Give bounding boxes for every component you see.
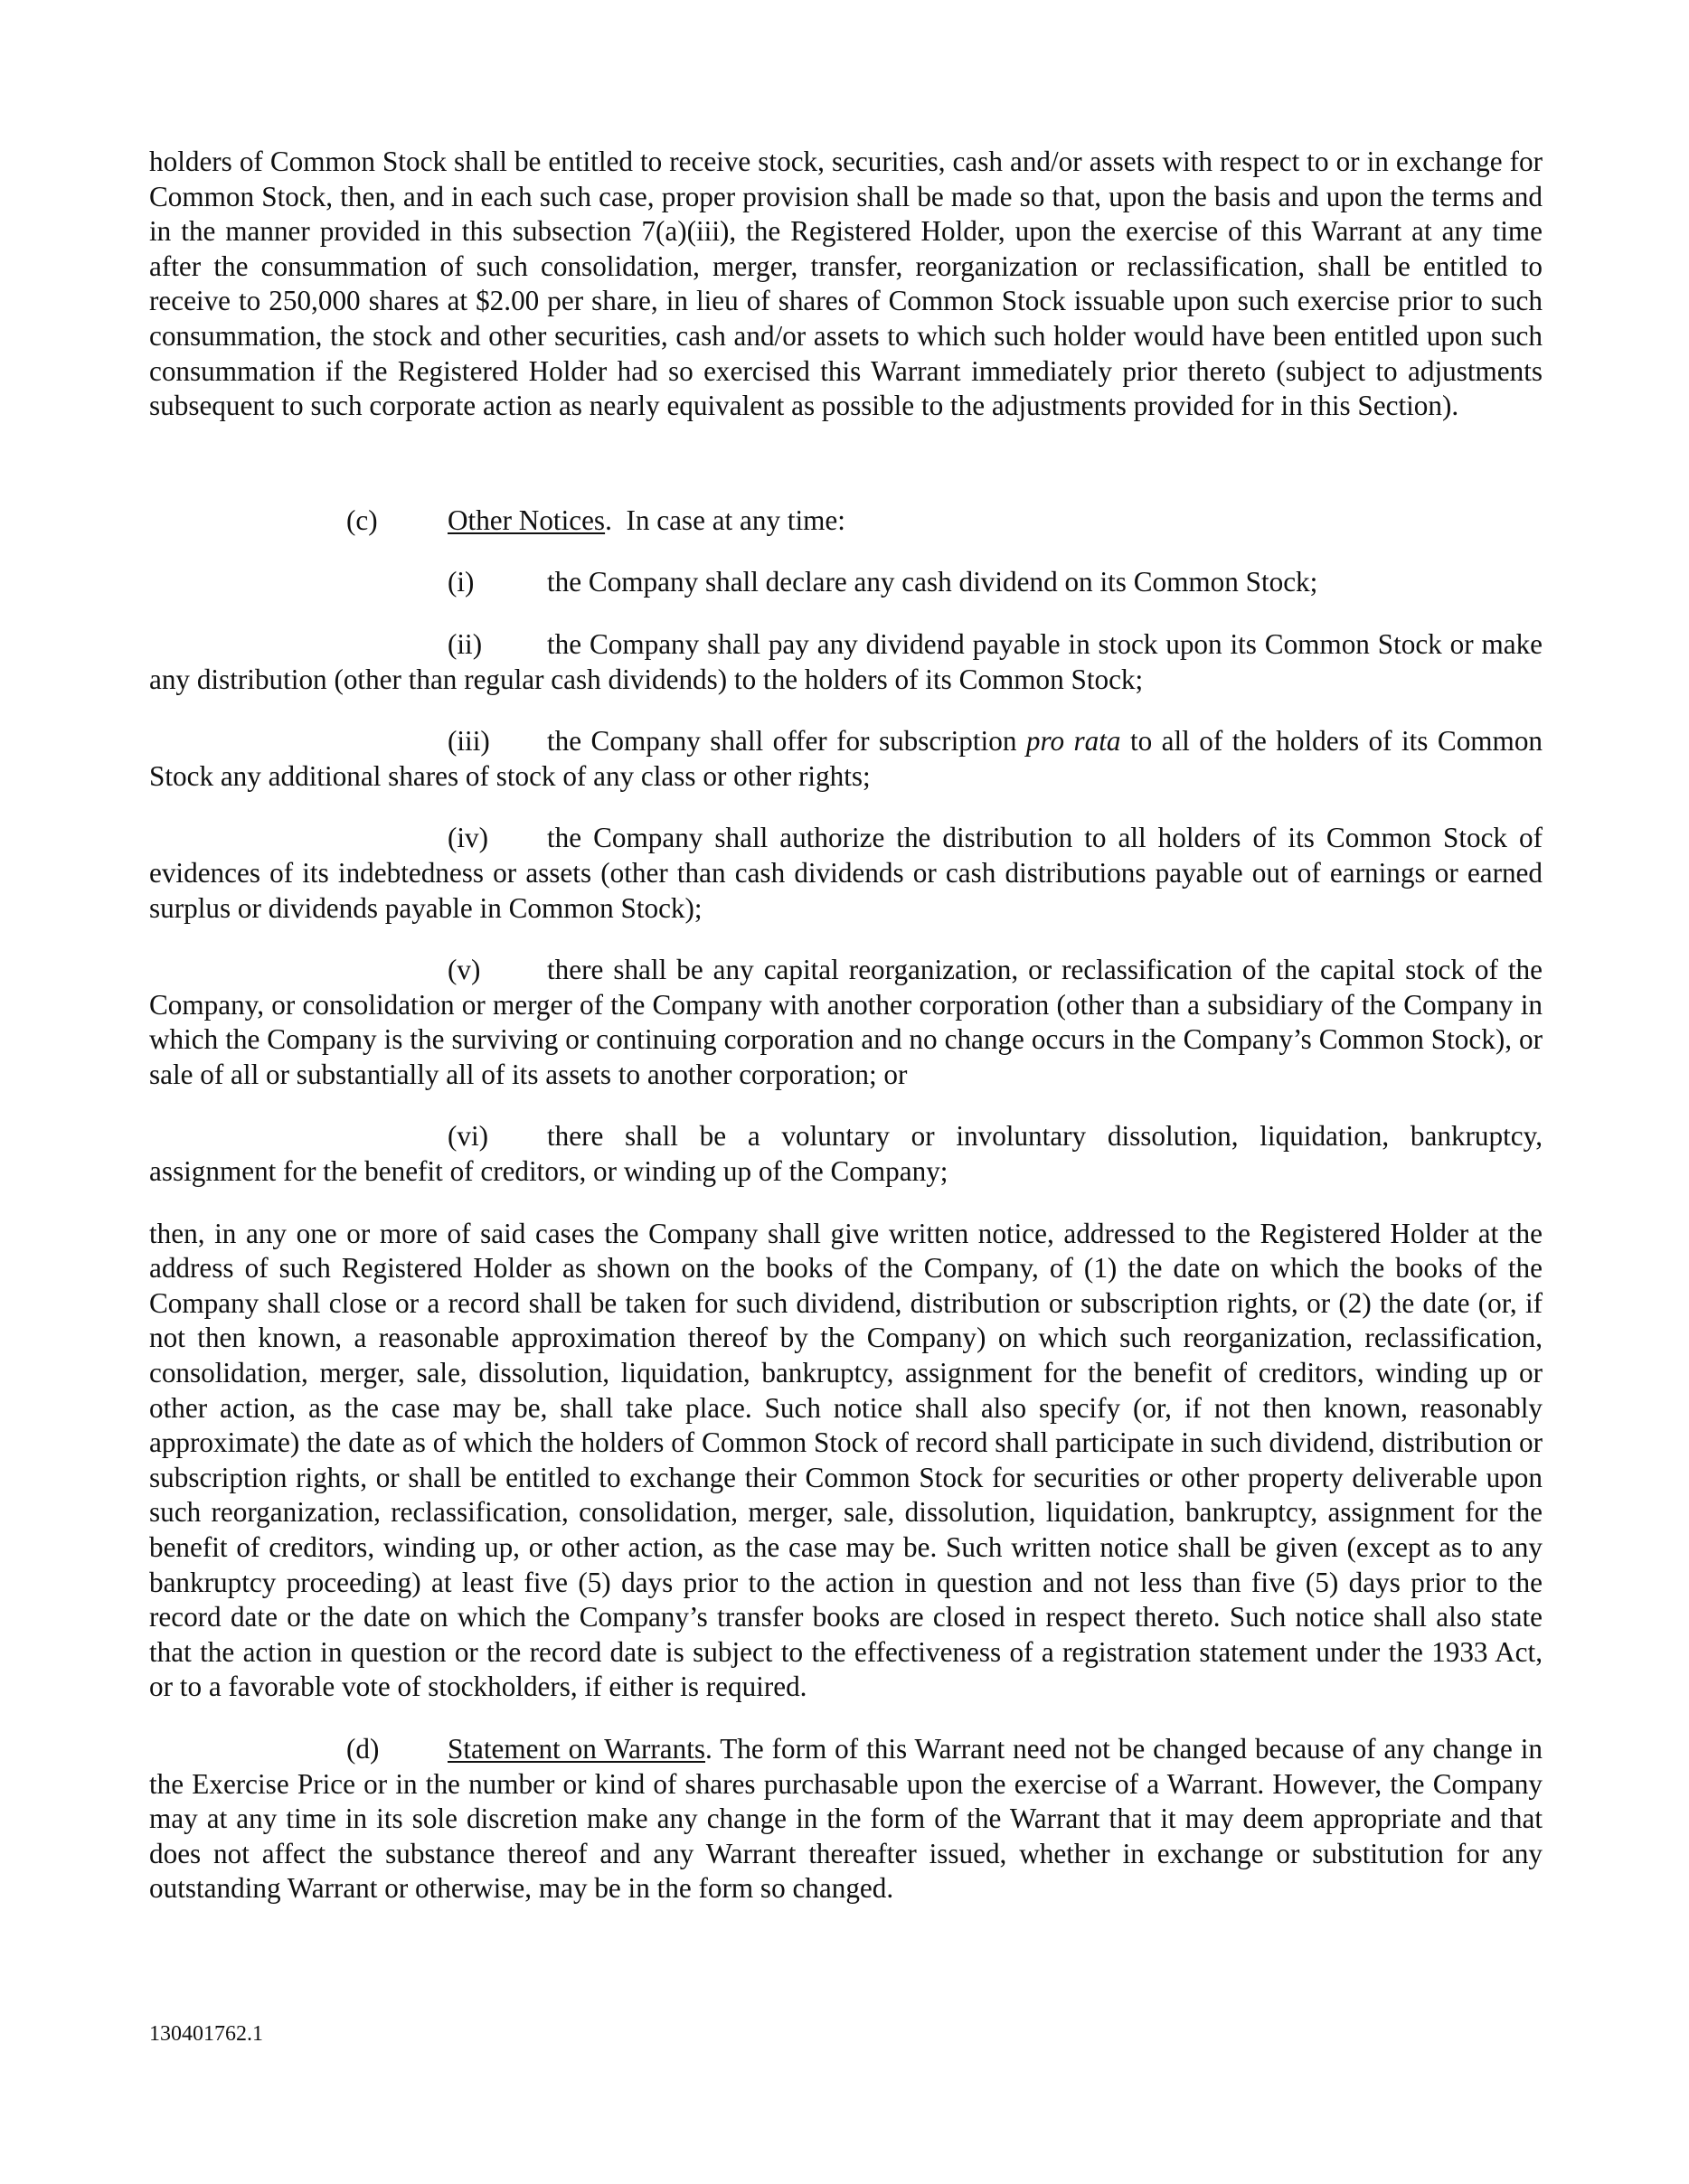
section-d-label: (d): [346, 1732, 448, 1767]
item-label: (vi): [448, 1119, 547, 1154]
section-c-item-ii: (ii)the Company shall pay any dividend p…: [149, 627, 1543, 697]
section-c-intro: . In case at any time:: [605, 504, 845, 536]
section-c-closing-paragraph: then, in any one or more of said cases t…: [149, 1217, 1543, 1705]
item-text: there shall be any capital reorganizatio…: [149, 954, 1543, 1090]
item-label: (iv): [448, 821, 547, 856]
section-d-title: Statement on Warrants: [448, 1733, 705, 1765]
item-text: the Company shall declare any cash divid…: [547, 566, 1317, 598]
spacer: [149, 697, 1543, 724]
section-c-item-vi: (vi)there shall be a voluntary or involu…: [149, 1119, 1543, 1189]
item-text: the Company shall pay any dividend payab…: [149, 628, 1543, 695]
item-label: (v): [448, 953, 547, 988]
spacer: [149, 424, 1543, 504]
section-c-item-iii: (iii)the Company shall offer for subscri…: [149, 724, 1543, 794]
section-c-item-v: (v)there shall be any capital reorganiza…: [149, 953, 1543, 1092]
section-c-title: Other Notices: [448, 504, 605, 536]
document-id-footer: 130401762.1: [149, 2020, 263, 2047]
item-text: the Company shall authorize the distribu…: [149, 822, 1543, 923]
section-c-heading: (c)Other Notices. In case at any time:: [149, 504, 1543, 539]
spacer: [149, 600, 1543, 627]
spacer: [149, 794, 1543, 821]
item-label: (i): [448, 565, 547, 600]
section-c-label: (c): [346, 504, 378, 539]
spacer: [149, 538, 1543, 565]
spacer: [149, 1190, 1543, 1217]
item-label: (ii): [448, 627, 547, 663]
spacer: [149, 1705, 1543, 1732]
document-page: holders of Common Stock shall be entitle…: [149, 145, 1543, 1906]
opening-paragraph: holders of Common Stock shall be entitle…: [149, 145, 1543, 424]
spacer: [149, 926, 1543, 953]
item-text-before: the Company shall offer for subscription: [547, 725, 1026, 757]
section-c-item-iv: (iv)the Company shall authorize the dist…: [149, 821, 1543, 926]
item-text: there shall be a voluntary or involuntar…: [149, 1120, 1543, 1187]
section-c-item-i: (i)the Company shall declare any cash di…: [149, 565, 1543, 600]
section-d-paragraph: (d)Statement on Warrants. The form of th…: [149, 1732, 1543, 1906]
item-text-italic: pro rata: [1026, 725, 1121, 757]
item-label: (iii): [448, 724, 547, 759]
spacer: [149, 1092, 1543, 1119]
